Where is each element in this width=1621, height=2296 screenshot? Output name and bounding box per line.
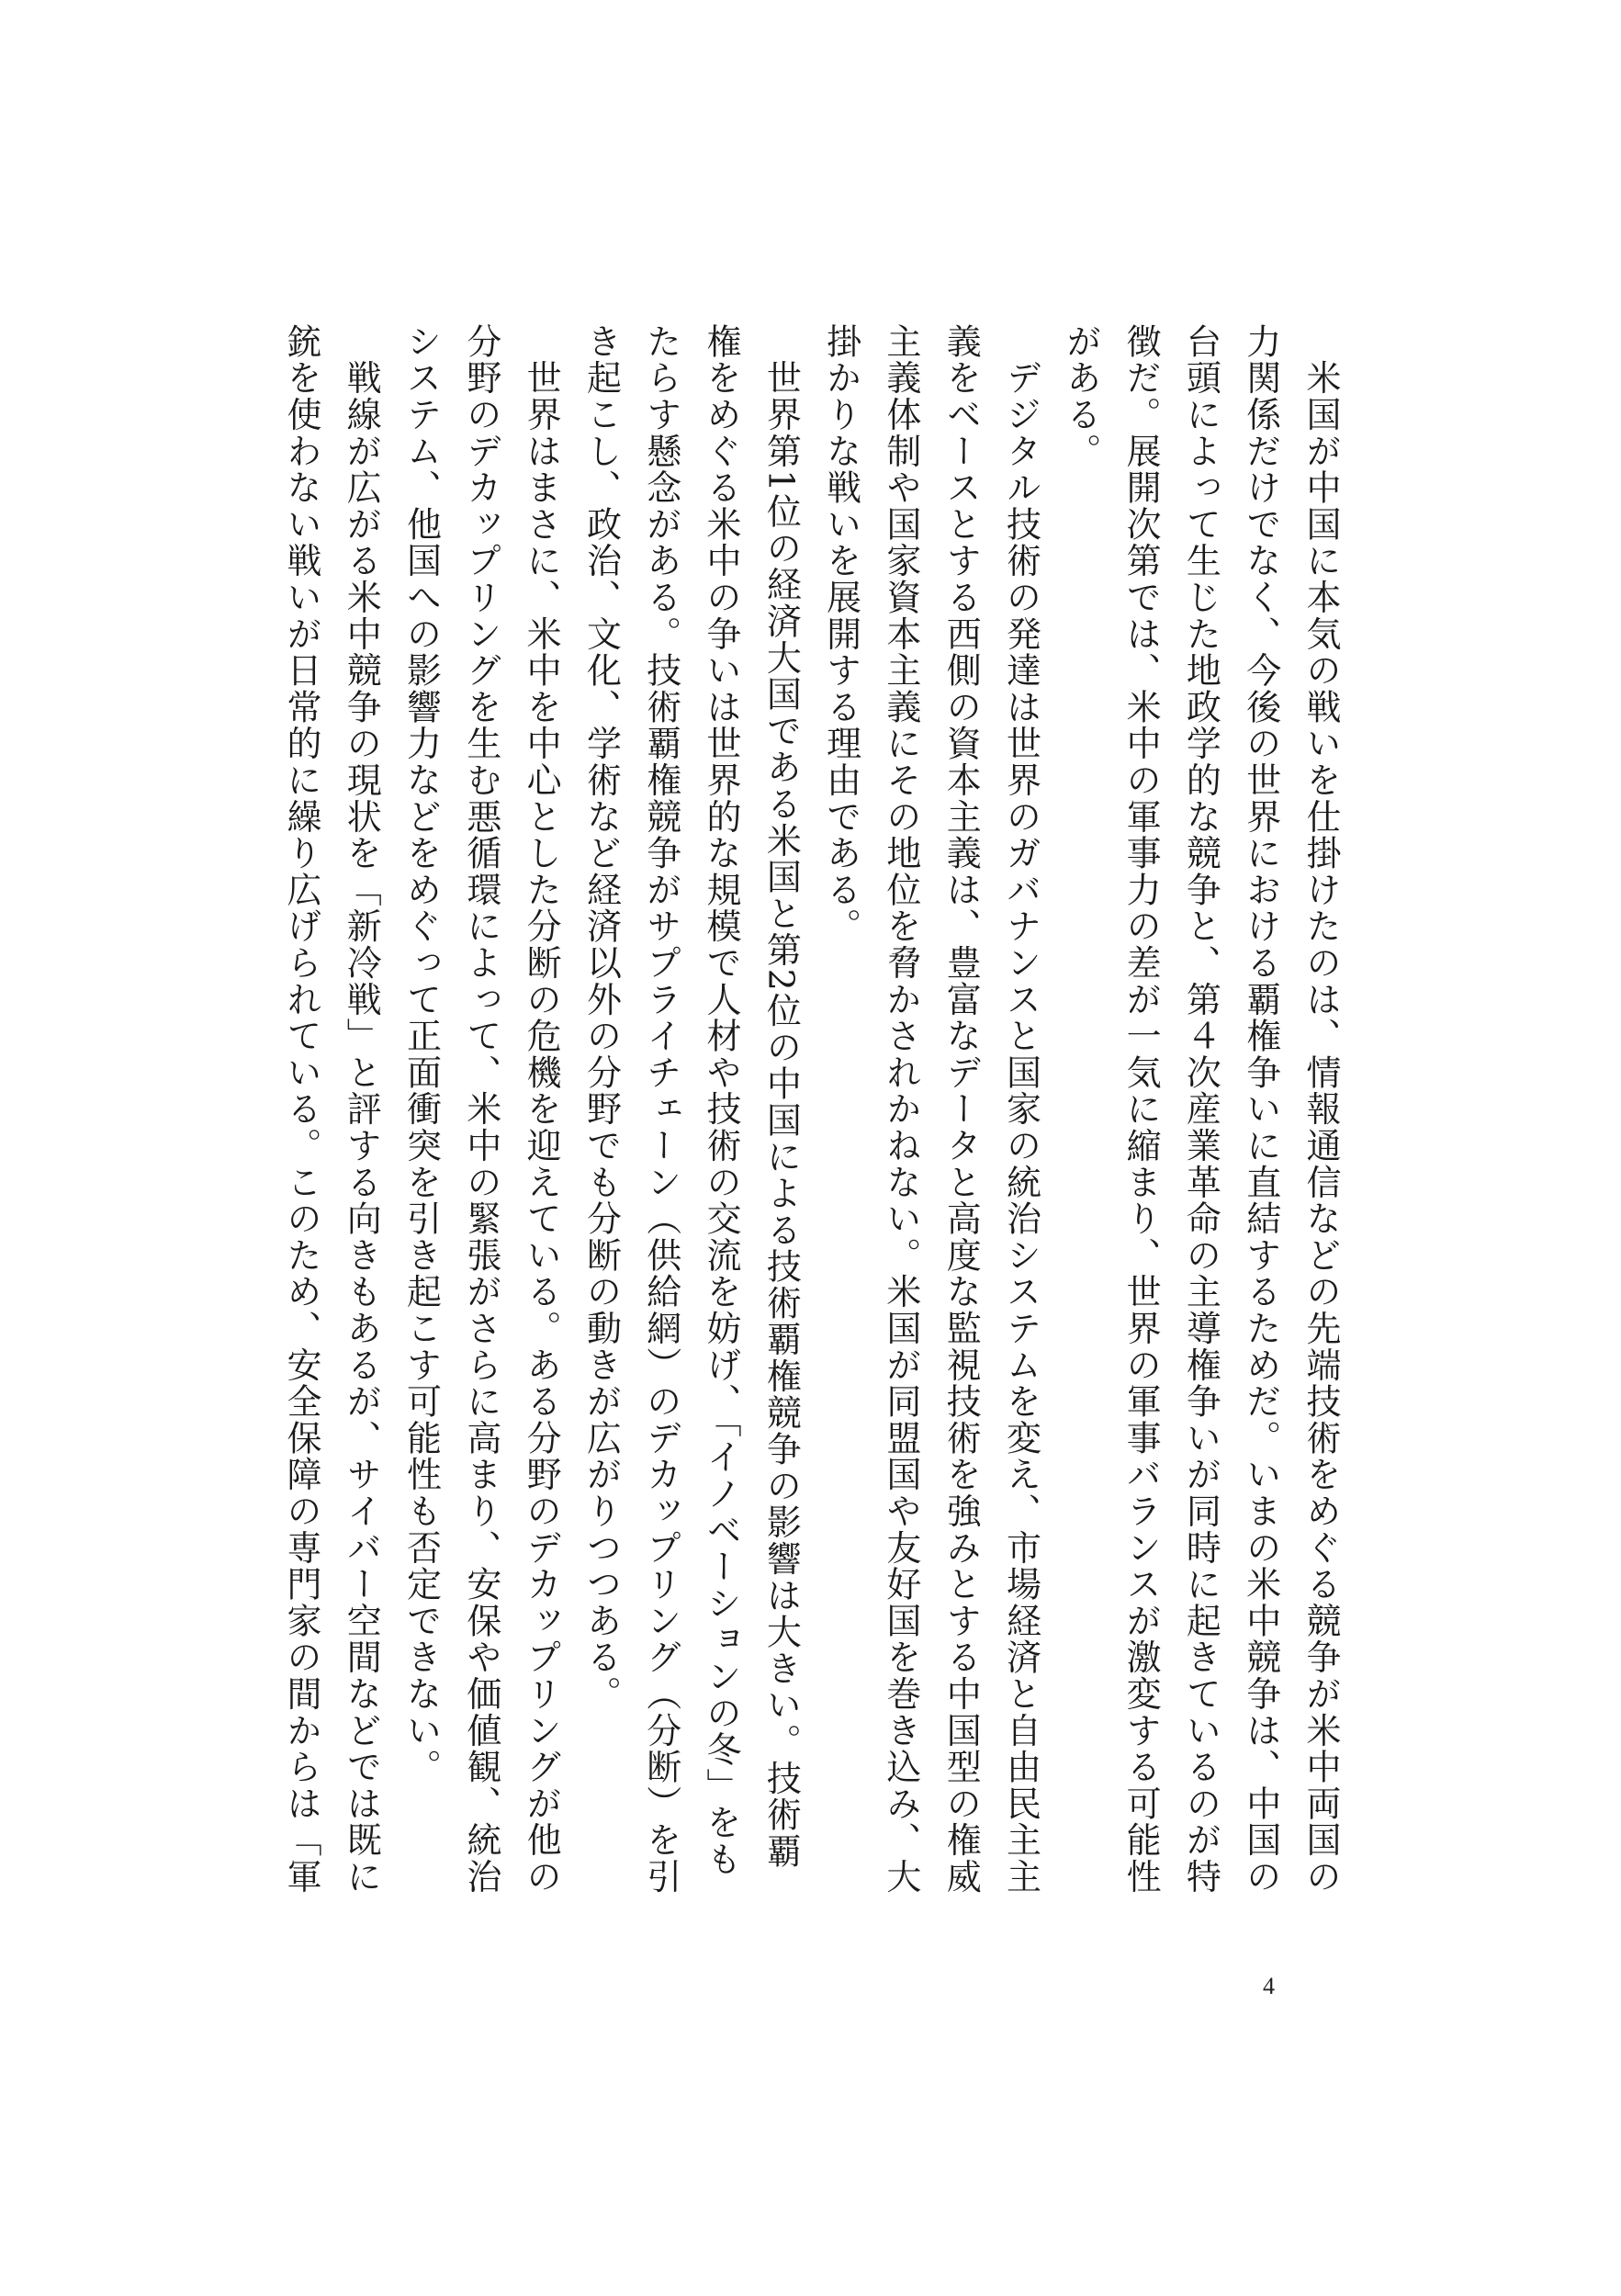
text-line: 米国が中国に本気の戦いを仕掛けたのは、情報通信などの先端技術をめぐる競争が米中両…	[1290, 323, 1350, 1921]
text-line: がある。	[1051, 323, 1110, 1921]
text-line: 世界はまさに、米中を中心とした分断の危機を迎えている。ある分野のデカップリングが…	[511, 323, 570, 1921]
paragraph-1: 米国が中国に本気の戦いを仕掛けたのは、情報通信などの先端技術をめぐる競争が米中両…	[1051, 323, 1350, 1921]
text-line: き起こし、政治、文化、学術など経済以外の分野でも分断の動きが広がりつつある。	[570, 323, 630, 1921]
text-line: たらす懸念がある。技術覇権競争がサプライチェーン（供給網）のデカップリング（分断…	[630, 323, 690, 1921]
text-line: デジタル技術の発達は世界のガバナンスと国家の統治システムを変え、市場経済と自由民…	[990, 323, 1050, 1921]
text-line: 義をベースとする西側の資本主義は、豊富なデータと高度な監視技術を強みとする中国型…	[930, 323, 990, 1921]
text-line: 徴だ。展開次第では、米中の軍事力の差が一気に縮まり、世界の軍事バランスが激変する…	[1110, 323, 1170, 1921]
text-line: 銃を使わない戦いが日常的に繰り広げられている。このため、安全保障の専門家の間から…	[271, 323, 331, 1921]
text-line: 台頭によって生じた地政学的な競争と、第４次産業革命の主導権争いが同時に起きている…	[1170, 323, 1230, 1921]
document-page: 米国が中国に本気の戦いを仕掛けたのは、情報通信などの先端技術をめぐる競争が米中両…	[0, 0, 1621, 2296]
text-line: 戦線が広がる米中競争の現状を「新冷戦」と評する向きもあるが、サイバー空間などでは…	[331, 323, 390, 1921]
text-line: 分野のデカップリングを生む悪循環によって、米中の緊張がさらに高まり、安保や価値観…	[451, 323, 511, 1921]
paragraph-5: 戦線が広がる米中競争の現状を「新冷戦」と評する向きもあるが、サイバー空間などでは…	[271, 323, 391, 1921]
text-line: システム、他国への影響力などをめぐって正面衝突を引き起こす可能性も否定できない。	[390, 323, 450, 1921]
paragraph-2: デジタル技術の発達は世界のガバナンスと国家の統治システムを変え、市場経済と自由民…	[810, 323, 1050, 1921]
text-line: 掛かりな戦いを展開する理由である。	[810, 323, 870, 1921]
text-line: 世界第1位の経済大国である米国と第2位の中国による技術覇権競争の影響は大きい。技…	[750, 323, 810, 1921]
vertical-text-body: 米国が中国に本気の戦いを仕掛けたのは、情報通信などの先端技術をめぐる競争が米中両…	[271, 323, 1350, 1921]
text-line: 権をめぐる米中の争いは世界的な規模で人材や技術の交流を妨げ、「イノベーションの冬…	[691, 323, 750, 1921]
paragraph-3: 世界第1位の経済大国である米国と第2位の中国による技術覇権競争の影響は大きい。技…	[570, 323, 810, 1921]
text-line: 力関係だけでなく、今後の世界における覇権争いに直結するためだ。いまの米中競争は、…	[1230, 323, 1289, 1921]
text-line: 主義体制や国家資本主義にその地位を脅かされかねない。米国が同盟国や友好国を巻き込…	[871, 323, 930, 1921]
paragraph-4: 世界はまさに、米中を中心とした分断の危機を迎えている。ある分野のデカップリングが…	[390, 323, 570, 1921]
page-number: 4	[1263, 1973, 1275, 2000]
